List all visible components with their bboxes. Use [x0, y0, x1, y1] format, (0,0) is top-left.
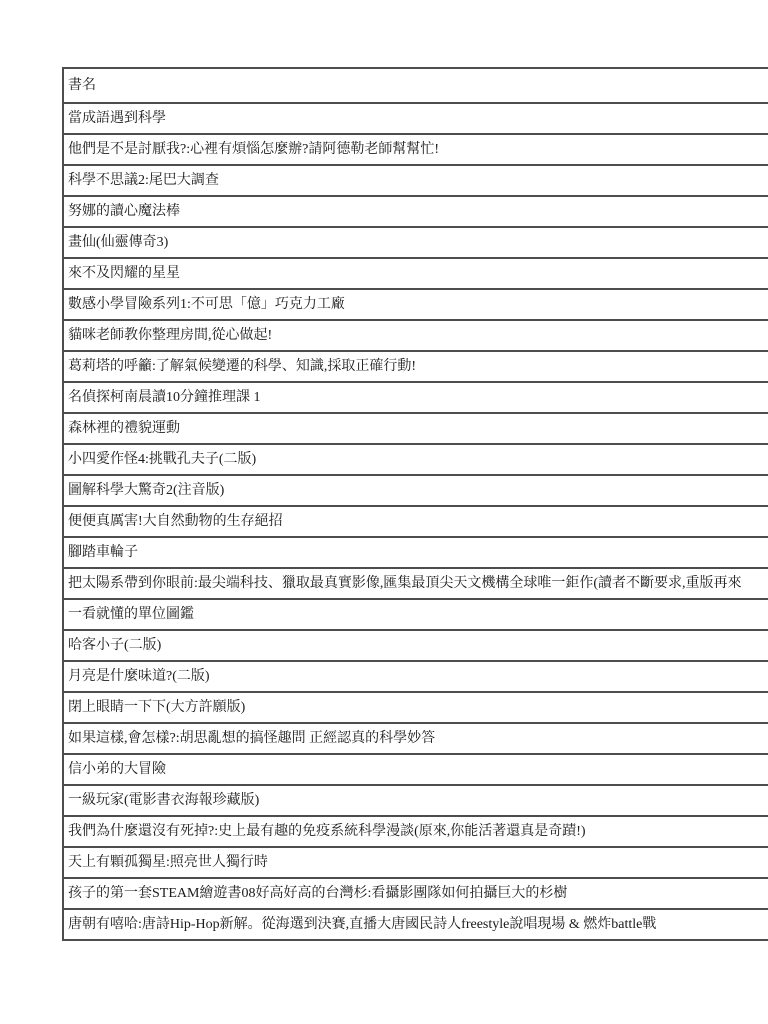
table-row: 一級玩家(電影書衣海報珍藏版) — [64, 786, 768, 817]
book-title-cell: 森林裡的禮貌運動 — [64, 422, 180, 436]
table-row: 數感小學冒險系列1:不可思「億」巧克力工廠 — [64, 290, 768, 321]
table-row: 如果這樣,會怎樣?:胡思亂想的搞怪趣問 正經認真的科學妙答 — [64, 724, 768, 755]
book-title-cell: 畫仙(仙靈傳奇3) — [64, 236, 168, 250]
book-title-cell: 努娜的讀心魔法棒 — [64, 205, 180, 219]
book-title-cell: 科學不思議2:尾巴大調查 — [64, 174, 219, 188]
book-title-cell: 閉上眼睛一下下(大方許願版) — [64, 701, 245, 715]
table-row: 小四愛作怪4:挑戰孔夫子(二版) — [64, 445, 768, 476]
table-row: 把太陽系帶到你眼前:最尖端科技、獵取最真實影像,匯集最頂尖天文機構全球唯一鉅作(… — [64, 569, 768, 600]
book-title-cell: 一級玩家(電影書衣海報珍藏版) — [64, 794, 259, 808]
book-title-cell: 月亮是什麼味道?(二版) — [64, 670, 210, 684]
column-header-book-title: 書名 — [64, 79, 96, 93]
book-title-cell: 我們為什麼還沒有死掉?:史上最有趣的免疫系統科學漫談(原來,你能活著還真是奇蹟!… — [64, 825, 586, 839]
table-row: 我們為什麼還沒有死掉?:史上最有趣的免疫系統科學漫談(原來,你能活著還真是奇蹟!… — [64, 817, 768, 848]
table-row: 貓咪老師教你整理房間,從心做起! — [64, 321, 768, 352]
book-title-cell: 腳踏車輪子 — [64, 546, 138, 560]
table-row: 腳踏車輪子 — [64, 538, 768, 569]
table-row: 科學不思議2:尾巴大調查 — [64, 166, 768, 197]
book-title-cell: 唐朝有嘻哈:唐詩Hip-Hop新解。從海選到決賽,直播大唐國民詩人freesty… — [64, 918, 656, 932]
table-body: 當成語遇到科學他們是不是討厭我?:心裡有煩惱怎麼辦?請阿德勒老師幫幫忙!科學不思… — [64, 104, 768, 941]
table-row: 天上有顆孤獨星:照亮世人獨行時 — [64, 848, 768, 879]
document-page: 書名 當成語遇到科學他們是不是討厭我?:心裡有煩惱怎麼辦?請阿德勒老師幫幫忙!科… — [0, 0, 768, 1024]
table-header-row: 書名 — [64, 69, 768, 104]
book-title-cell: 一看就懂的單位圖鑑 — [64, 608, 194, 622]
book-title-cell: 信小弟的大冒險 — [64, 763, 166, 777]
book-title-cell: 便便真厲害!大自然動物的生存絕招 — [64, 515, 283, 529]
book-title-cell: 圖解科學大驚奇2(注音版) — [64, 484, 224, 498]
table-row: 來不及閃耀的星星 — [64, 259, 768, 290]
table-row: 唐朝有嘻哈:唐詩Hip-Hop新解。從海選到決賽,直播大唐國民詩人freesty… — [64, 910, 768, 941]
book-title-cell: 葛莉塔的呼籲:了解氣候變遷的科學、知識,採取正確行動! — [64, 360, 416, 374]
book-title-cell: 來不及閃耀的星星 — [64, 267, 180, 281]
book-title-cell: 天上有顆孤獨星:照亮世人獨行時 — [64, 856, 268, 870]
table-row: 閉上眼睛一下下(大方許願版) — [64, 693, 768, 724]
book-title-cell: 如果這樣,會怎樣?:胡思亂想的搞怪趣問 正經認真的科學妙答 — [64, 732, 435, 746]
table-row: 哈客小子(二版) — [64, 631, 768, 662]
table-row: 當成語遇到科學 — [64, 104, 768, 135]
table-row: 圖解科學大驚奇2(注音版) — [64, 476, 768, 507]
table-row: 他們是不是討厭我?:心裡有煩惱怎麼辦?請阿德勒老師幫幫忙! — [64, 135, 768, 166]
table-row: 葛莉塔的呼籲:了解氣候變遷的科學、知識,採取正確行動! — [64, 352, 768, 383]
book-title-cell: 哈客小子(二版) — [64, 639, 161, 653]
book-title-cell: 當成語遇到科學 — [64, 112, 166, 126]
table-row: 信小弟的大冒險 — [64, 755, 768, 786]
table-row: 森林裡的禮貌運動 — [64, 414, 768, 445]
book-title-table: 書名 當成語遇到科學他們是不是討厭我?:心裡有煩惱怎麼辦?請阿德勒老師幫幫忙!科… — [62, 67, 768, 941]
book-title-cell: 他們是不是討厭我?:心裡有煩惱怎麼辦?請阿德勒老師幫幫忙! — [64, 143, 439, 157]
table-row: 孩子的第一套STEAM繪遊書08好高好高的台灣杉:看攝影團隊如何拍攝巨大的杉樹 — [64, 879, 768, 910]
book-title-cell: 數感小學冒險系列1:不可思「億」巧克力工廠 — [64, 298, 345, 312]
book-title-cell: 把太陽系帶到你眼前:最尖端科技、獵取最真實影像,匯集最頂尖天文機構全球唯一鉅作(… — [64, 577, 742, 591]
table-row: 一看就懂的單位圖鑑 — [64, 600, 768, 631]
table-row: 便便真厲害!大自然動物的生存絕招 — [64, 507, 768, 538]
table-row: 月亮是什麼味道?(二版) — [64, 662, 768, 693]
book-title-cell: 名偵探柯南晨讀10分鐘推理課 1 — [64, 391, 261, 405]
table-row: 努娜的讀心魔法棒 — [64, 197, 768, 228]
book-title-cell: 小四愛作怪4:挑戰孔夫子(二版) — [64, 453, 256, 467]
table-row: 畫仙(仙靈傳奇3) — [64, 228, 768, 259]
book-title-cell: 貓咪老師教你整理房間,從心做起! — [64, 329, 272, 343]
table-row: 名偵探柯南晨讀10分鐘推理課 1 — [64, 383, 768, 414]
book-title-cell: 孩子的第一套STEAM繪遊書08好高好高的台灣杉:看攝影團隊如何拍攝巨大的杉樹 — [64, 887, 567, 901]
